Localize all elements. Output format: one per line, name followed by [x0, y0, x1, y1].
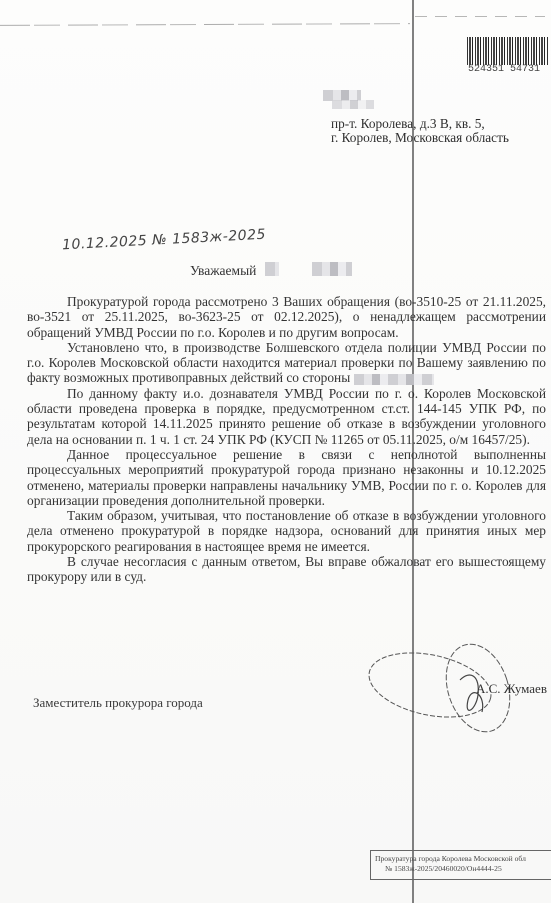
registration-stamp: Прокуратура города Королева Московской о…: [370, 850, 551, 880]
letter-body: Прокуратурой города рассмотрено 3 Ваших …: [27, 294, 546, 585]
recipient-address: пр-т. Королева, д.3 В, кв. 5, г. Королев…: [331, 117, 509, 145]
redacted-last-name: [312, 262, 352, 276]
redacted-name-2: [332, 100, 374, 109]
redacted-party: [354, 374, 434, 385]
paragraph-5: Таким образом, учитывая, что постановлен…: [27, 508, 546, 554]
signatory-title: Заместитель прокурора города: [33, 695, 203, 711]
paragraph-4: Данное процессуальное решение в связи с …: [27, 447, 546, 508]
fold-line-horizontal: [0, 23, 410, 26]
address-line-1: пр-т. Королева, д.3 В, кв. 5,: [331, 117, 509, 131]
paragraph-3: По данному факту и.о. дознавателя УМВД Р…: [27, 386, 546, 447]
signatory-name: А.С. Жумаев: [476, 681, 547, 697]
stamp-line-1: Прокуратура города Королева Московской о…: [375, 854, 551, 864]
stamp-line-2: № 1583ж-2025/20460020/Он4444-25: [375, 864, 551, 874]
address-line-2: г. Королев, Московская область: [331, 131, 509, 145]
barcode: [467, 37, 549, 65]
salutation: Уважаемый: [190, 263, 256, 279]
scanned-letter-page: 524351 54731 пр-т. Королева, д.3 В, кв. …: [0, 0, 551, 903]
paragraph-6: В случае несогласия с данным ответом, Вы…: [27, 554, 546, 585]
redacted-first-name: [265, 262, 279, 276]
barcode-number: 524351 54731: [468, 64, 540, 75]
fold-line-horizontal-right: [415, 16, 545, 17]
salutation-text: Уважаемый: [190, 263, 256, 278]
paragraph-1: Прокуратурой города рассмотрено 3 Ваших …: [27, 294, 546, 340]
handwritten-registration-note: 10.12.2025 № 1583ж-2025: [62, 227, 267, 254]
paragraph-2: Установлено что, в производстве Болшевск…: [27, 340, 546, 386]
